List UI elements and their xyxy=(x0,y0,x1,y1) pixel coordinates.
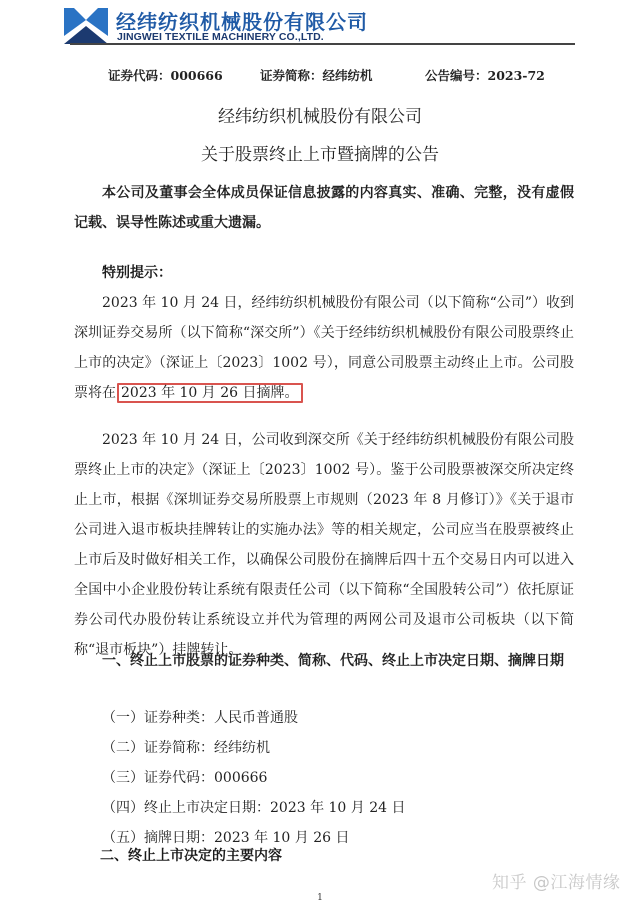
list-item: （二）证券简称：经纬纺机 xyxy=(102,733,406,763)
section-1-list: （一）证券种类：人民币普通股 （二）证券简称：经纬纺机 （三）证券代码：0006… xyxy=(102,703,406,853)
page-number: 1 xyxy=(0,893,640,903)
special-notice-heading: 特别提示： xyxy=(102,262,172,282)
body-paragraph-2: 2023 年 10 月 24 日，公司收到深交所《关于经纬纺织机械股份有限公司股… xyxy=(74,425,574,665)
mountain-logo-icon xyxy=(64,6,108,44)
company-name-en: JINGWEI TEXTILE MACHINERY CO.,LTD. xyxy=(117,31,324,43)
list-item: （四）终止上市决定日期：2023 年 10 月 24 日 xyxy=(102,793,406,823)
security-code: 证券代码：000666 xyxy=(108,66,223,84)
special-notice-paragraph: 2023 年 10 月 24 日，经纬纺织机械股份有限公司（以下简称“公司”）收… xyxy=(74,288,574,408)
announcement-number: 公告编号：2023-72 xyxy=(425,66,545,84)
document-company-title: 经纬纺织机械股份有限公司 xyxy=(0,102,640,127)
section-2-heading: 二、终止上市决定的主要内容 xyxy=(100,846,282,866)
security-short-name: 证券简称：经纬纺机 xyxy=(260,66,373,84)
header-divider xyxy=(70,43,575,45)
section-1-heading: 一、终止上市股票的证券种类、简称、代码、终止上市决定日期、摘牌日期 xyxy=(74,646,574,676)
delisting-date-highlight: 2023 年 10 月 26 日摘牌。 xyxy=(117,383,303,403)
board-statement: 本公司及董事会全体成员保证信息披露的内容真实、准确、完整，没有虚假记载、误导性陈… xyxy=(74,178,574,238)
document-subject-title: 关于股票终止上市暨摘牌的公告 xyxy=(0,140,640,165)
list-item: （三）证券代码：000666 xyxy=(102,763,406,793)
zhihu-watermark: 知乎 @江海情缘 xyxy=(492,868,620,893)
list-item: （一）证券种类：人民币普通股 xyxy=(102,703,406,733)
